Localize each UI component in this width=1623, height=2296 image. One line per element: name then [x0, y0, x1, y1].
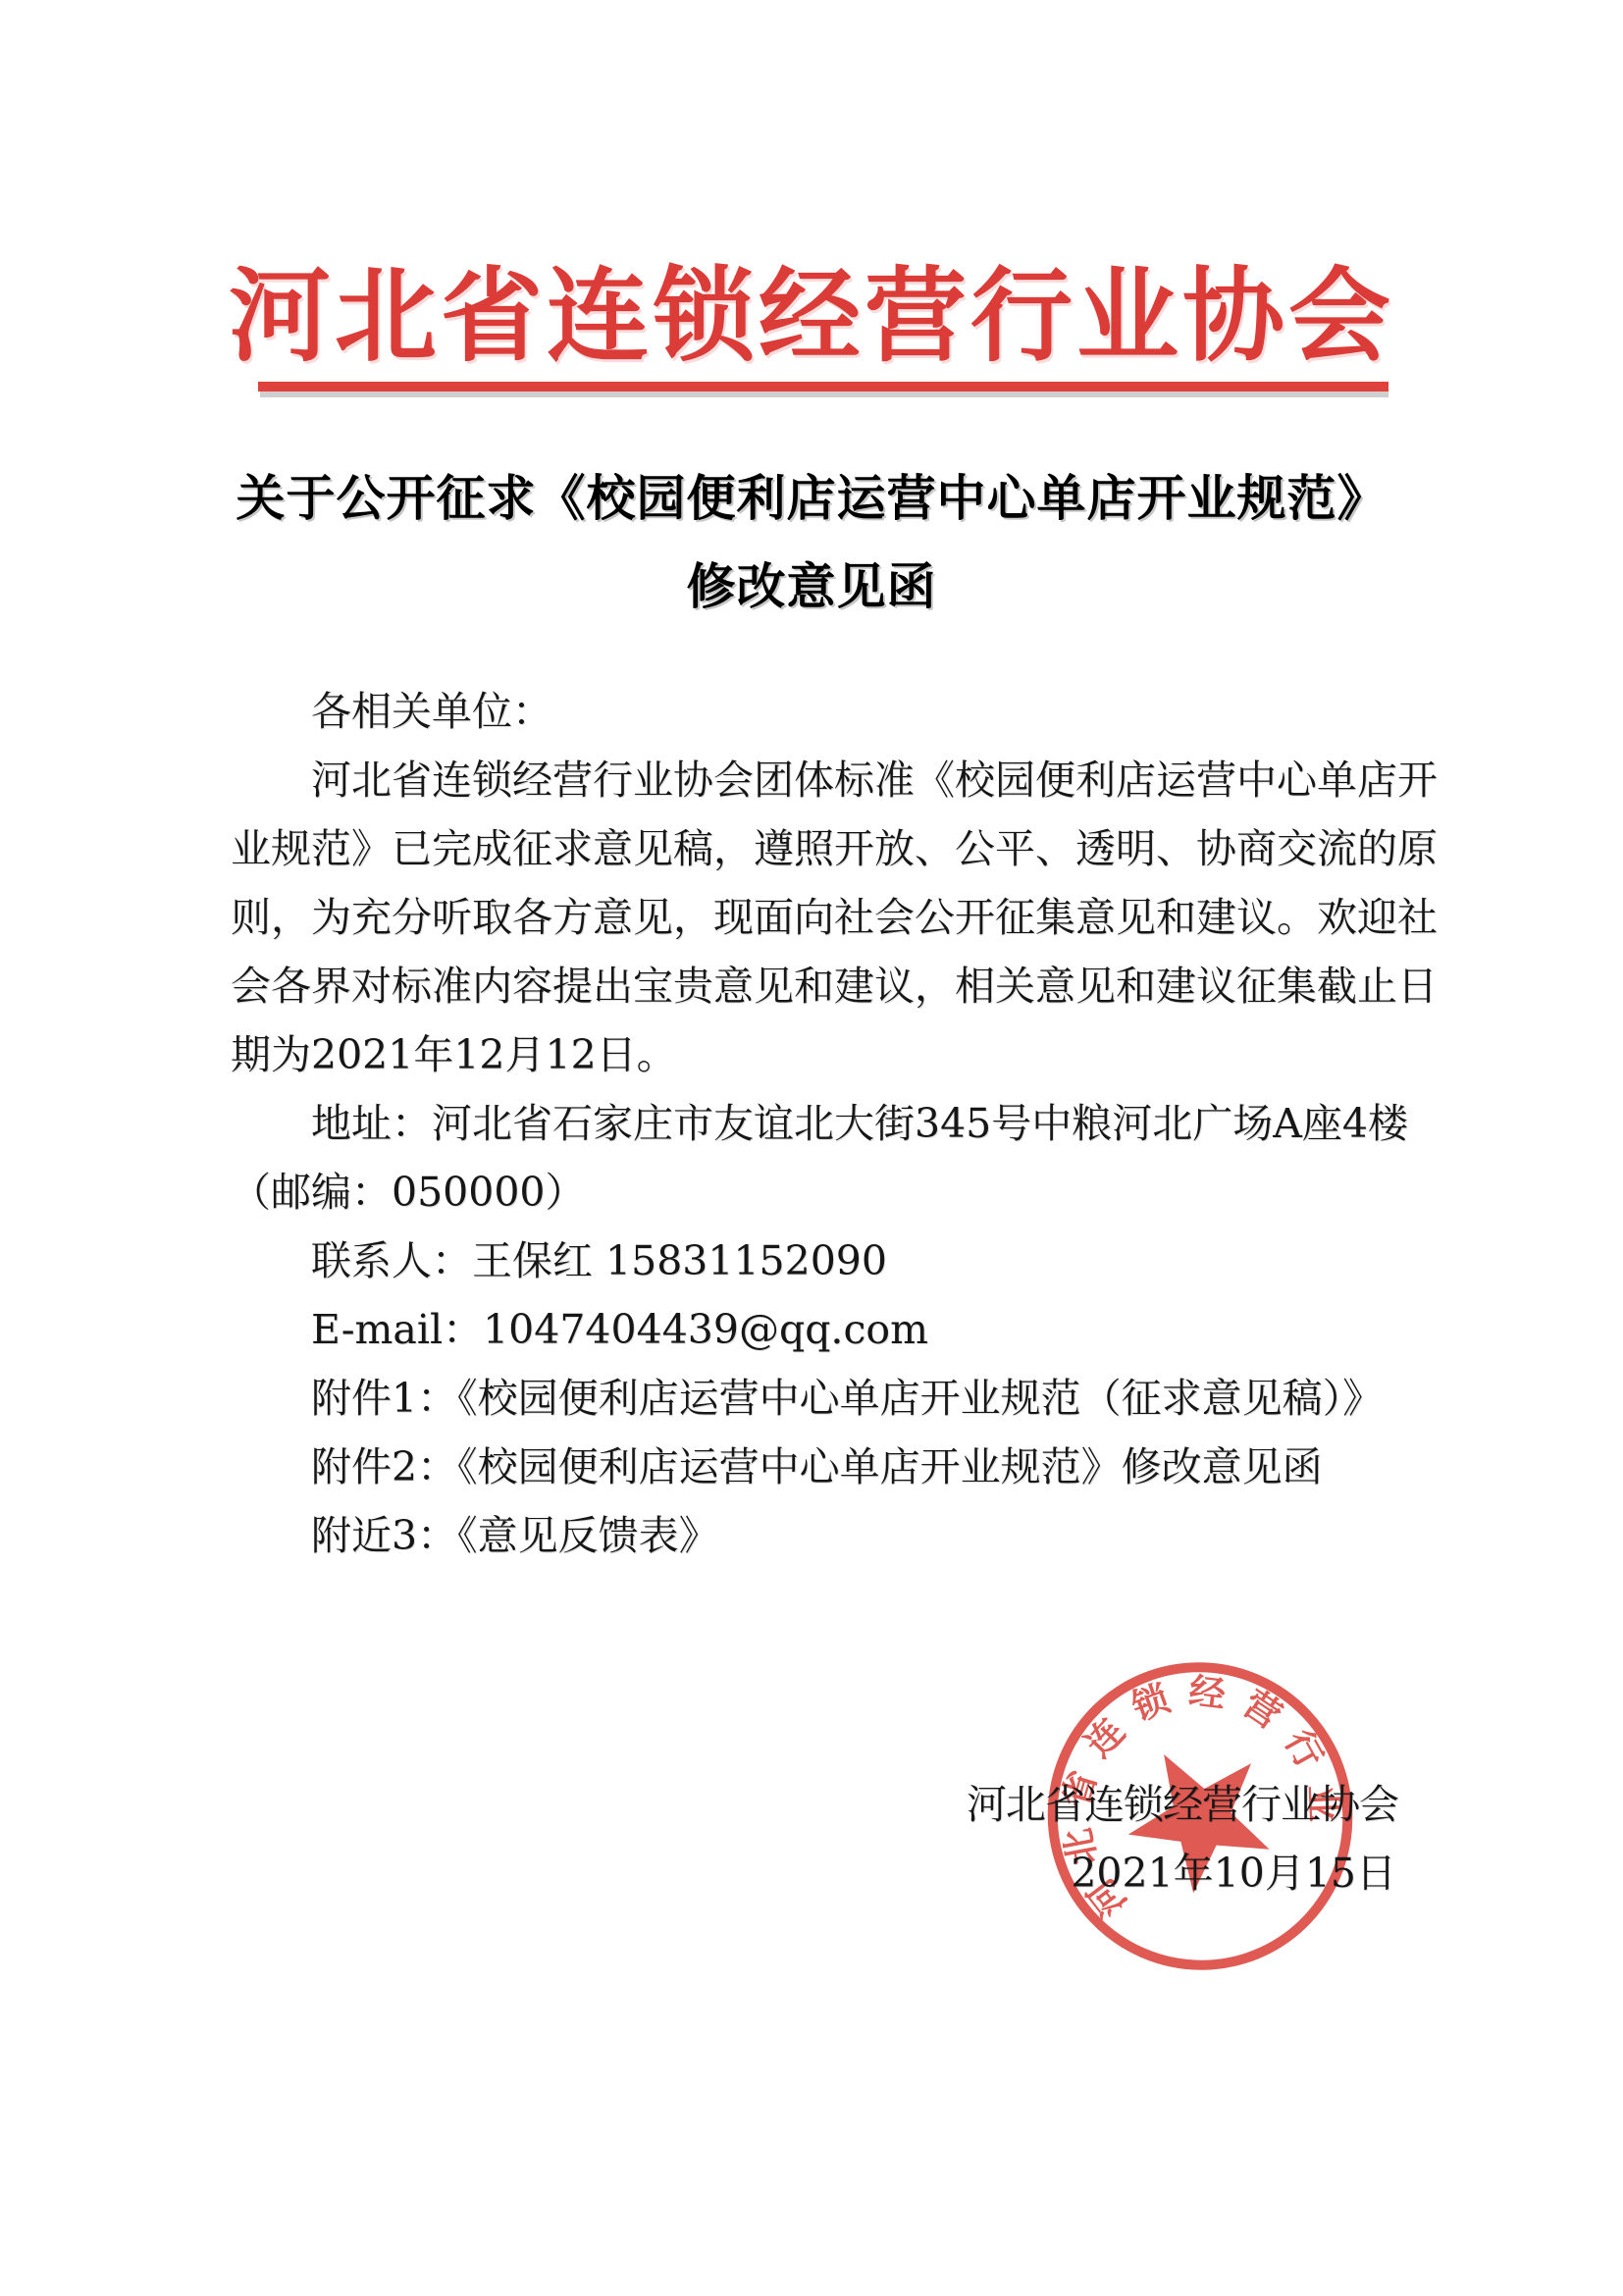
contact-line: 联系人：王保红 15831152090 [231, 1238, 1479, 1283]
header-divider-red-bar [258, 382, 1388, 391]
letterhead-title: 河北省连锁经营行业协会 [0, 234, 1623, 381]
email-line: E-mail：1047404439@qq.com [231, 1307, 1479, 1352]
address-line: 地址：河北省石家庄市友谊北大街345号中粮河北广场A座4楼 [231, 1101, 1479, 1146]
signature-date: 2021年10月15日 [1071, 1841, 1396, 1899]
body-line: 会各界对标准内容提出宝贵意见和建议，相关意见和建议征集截止日 [231, 964, 1398, 1009]
document-page: 河北省连锁经营行业协会 关于公开征求《校园便利店运营中心单店开业规范》 修改意见… [0, 0, 1623, 2296]
attachment-2-line: 附件2：《校园便利店运营中心单店开业规范》修改意见函 [231, 1444, 1479, 1489]
postcode-line: （邮编：050000） [231, 1170, 1398, 1215]
body-line: 河北省连锁经营行业协会团体标准《校园便利店运营中心单店开 [231, 757, 1479, 803]
body-line: 期为2021年12月12日。 [231, 1032, 1398, 1077]
body-line: 业规范》已完成征求意见稿，遵照开放、公平、透明、协商交流的原 [231, 826, 1398, 871]
document-title-line-2: 修改意见函 [0, 548, 1623, 618]
salutation-line: 各相关单位： [231, 689, 1479, 734]
body-line: 则，为充分听取各方意见，现面向社会公开征集意见和建议。欢迎社 [231, 895, 1398, 940]
header-divider-shadow [260, 391, 1388, 397]
attachment-3-line: 附近3：《意见反馈表》 [231, 1513, 1479, 1558]
document-title-line-1: 关于公开征求《校园便利店运营中心单店开业规范》 [0, 459, 1623, 530]
attachment-1-line: 附件1：《校园便利店运营中心单店开业规范（征求意见稿）》 [231, 1376, 1479, 1421]
signature-org: 河北省连锁经营行业协会 [967, 1772, 1398, 1830]
header-divider [258, 382, 1388, 397]
